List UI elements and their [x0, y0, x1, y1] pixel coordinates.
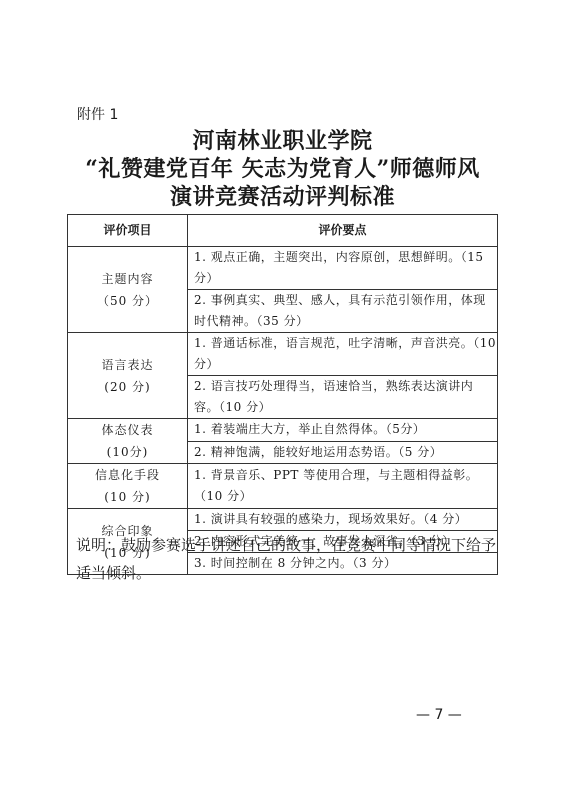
criteria-point: 2. 事例真实、典型、感人，具有示范引领作用，体现时代精神。（35 分） [188, 290, 498, 333]
attachment-label: 附件 1 [77, 104, 118, 124]
item-name: 主题内容 [68, 268, 187, 290]
item-name: 信息化手段 [68, 464, 187, 486]
header-points: 评价要点 [188, 215, 498, 247]
item-score: (10 分) [68, 486, 187, 508]
table-row: 语言表达 (20 分) 1. 普通话标准，语言规范，吐字清晰，声音洪亮。（10 … [68, 333, 498, 376]
criteria-point: 1. 着装端庄大方，举止自然得体。（5分） [188, 419, 498, 442]
criteria-item: 信息化手段 (10 分) [68, 464, 188, 509]
item-name: 体态仪表 [68, 419, 187, 441]
item-score: (20 分) [68, 376, 187, 398]
table-row: 信息化手段 (10 分) 1. 背景音乐、PPT 等使用合理，与主题相得益彰。（… [68, 464, 498, 509]
item-score: (10分) [68, 441, 187, 463]
note-text: 说明：鼓励参赛选手讲述自己的故事，在竞赛中同等情况下给予适当倾斜。 [76, 531, 506, 587]
title-line-2: “礼赞建党百年 矢志为党育人”师德师风 [0, 152, 565, 183]
page-number: — 7 — [416, 707, 462, 723]
criteria-point: 1. 背景音乐、PPT 等使用合理，与主题相得益彰。（10 分） [188, 464, 498, 509]
table-header-row: 评价项目 评价要点 [68, 215, 498, 247]
item-name: 语言表达 [68, 354, 187, 376]
criteria-table: 评价项目 评价要点 主题内容 （50 分） 1. 观点正确，主题突出，内容原创，… [67, 214, 498, 575]
criteria-point: 1. 演讲具有较强的感染力，现场效果好。（4 分） [188, 509, 498, 531]
criteria-point: 1. 观点正确，主题突出，内容原创，思想鲜明。（15 分） [188, 247, 498, 290]
criteria-point: 2. 精神饱满，能较好地运用态势语。（5 分） [188, 441, 498, 464]
criteria-item: 体态仪表 (10分) [68, 419, 188, 464]
criteria-point: 2. 语言技巧处理得当，语速恰当，熟练表达演讲内容。（10 分） [188, 376, 498, 419]
table-row: 综合印象 (10 分) 1. 演讲具有较强的感染力，现场效果好。（4 分） [68, 509, 498, 531]
criteria-point: 1. 普通话标准，语言规范，吐字清晰，声音洪亮。（10 分） [188, 333, 498, 376]
criteria-item: 语言表达 (20 分) [68, 333, 188, 419]
criteria-item: 主题内容 （50 分） [68, 247, 188, 333]
table-row: 主题内容 （50 分） 1. 观点正确，主题突出，内容原创，思想鲜明。（15 分… [68, 247, 498, 290]
title-line-3: 演讲竞赛活动评判标准 [0, 180, 565, 211]
item-score: （50 分） [68, 290, 187, 312]
header-item: 评价项目 [68, 215, 188, 247]
title-line-1: 河南林业职业学院 [0, 124, 565, 155]
table-row: 体态仪表 (10分) 1. 着装端庄大方，举止自然得体。（5分） [68, 419, 498, 442]
